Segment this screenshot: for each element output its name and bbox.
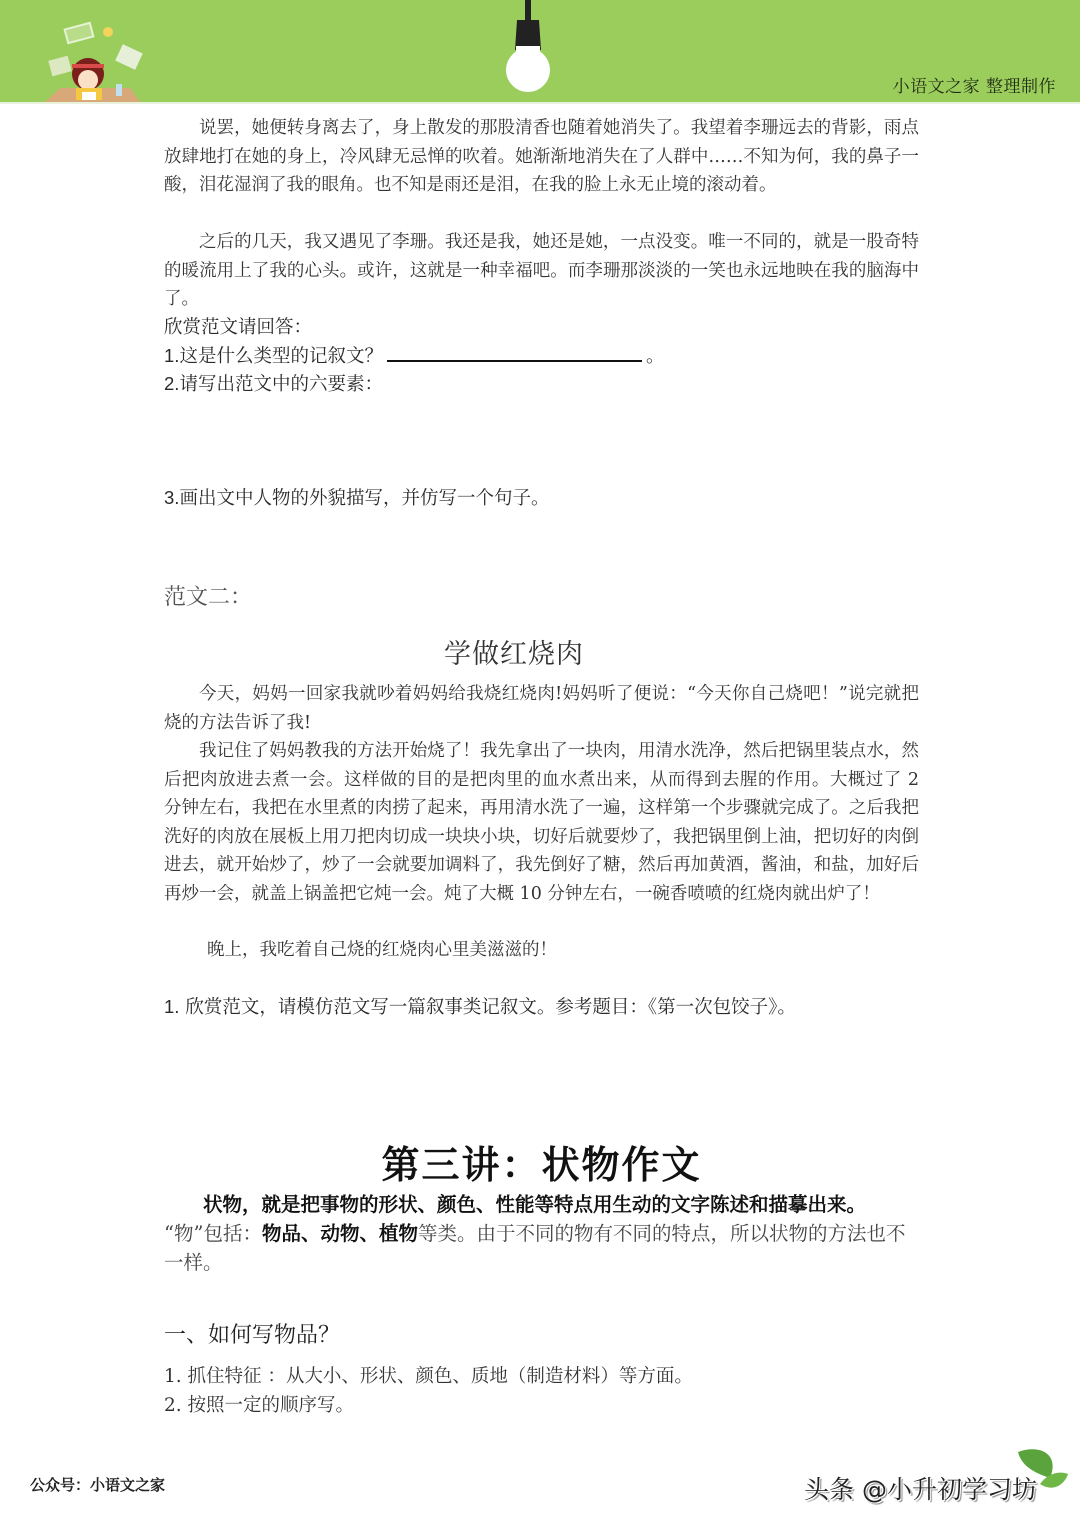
- question-2: 2.请写出范文中的六要素：: [164, 370, 383, 396]
- answer-blank[interactable]: [387, 344, 642, 362]
- footer-account: 公众号：小语文之家: [30, 1474, 165, 1495]
- section-heading: 一、如何写物品？: [164, 1318, 340, 1349]
- header-brand: 小语文之家 整理制作: [893, 72, 1056, 97]
- list-item: 1. 抓住特征 ：从大小、形状、颜色、质地（制造材料）等方面。: [164, 1362, 693, 1388]
- exercise: 1. 欣赏范文，请模仿范文写一篇叙事类记叙文。参考题目：《第一次包饺子》。: [164, 993, 796, 1019]
- list-item: 2. 按照一定的顺序写。: [164, 1391, 354, 1417]
- passage-two-paragraph: 今天，妈妈一回家我就吵着妈妈给我烧红烧肉!妈妈听了便说：“今天你自己烧吧！”说完…: [164, 680, 919, 737]
- essay-title: 学做红烧肉: [164, 632, 864, 671]
- section-label: 范文二：: [164, 580, 252, 611]
- question-3: 3.画出文中人物的外貌描写，并仿写一个句子。: [164, 484, 549, 510]
- passage-one-paragraph: 之后的几天，我又遇见了李珊。我还是我，她还是她，一点没变。唯一不同的，就是一股奇…: [164, 228, 919, 314]
- lecture-intro: 状物，就是把事物的形状、颜色、性能等特点用生动的文字陈述和描摹出来。 “物”包括…: [164, 1190, 919, 1277]
- page-header: 小语文之家 整理制作: [0, 0, 1080, 104]
- student-illustration-icon: [30, 18, 145, 102]
- passage-one-paragraph: 说罢，她便转身离去了，身上散发的那股清香也随着她消失了。我望着李珊远去的背影，雨…: [164, 114, 919, 200]
- passage-two-paragraph: 晚上，我吃着自己烧的红烧肉心里美滋滋的！: [164, 936, 927, 965]
- lecture-title: 第三讲：状物作文: [164, 1134, 919, 1189]
- light-bulb-icon: [500, 0, 556, 96]
- passage-two-paragraph: 我记住了妈妈教我的方法开始烧了！我先拿出了一块肉，用清水洗净，然后把锅里装点水，…: [164, 737, 919, 908]
- questions-intro: 欣赏范文请回答：: [164, 313, 312, 339]
- watermark: 头条 @小升初学习坊: [804, 1470, 1037, 1506]
- question-1: 1.这是什么类型的记叙文？。: [164, 342, 664, 368]
